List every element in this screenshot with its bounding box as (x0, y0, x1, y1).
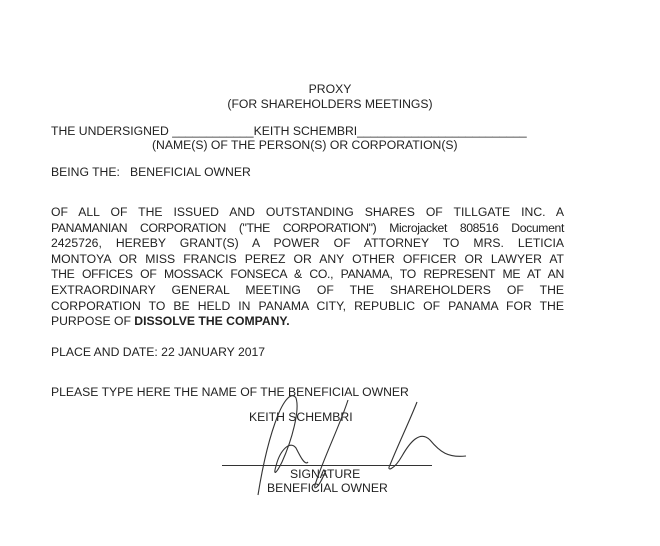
handwritten-signature (0, 0, 660, 546)
